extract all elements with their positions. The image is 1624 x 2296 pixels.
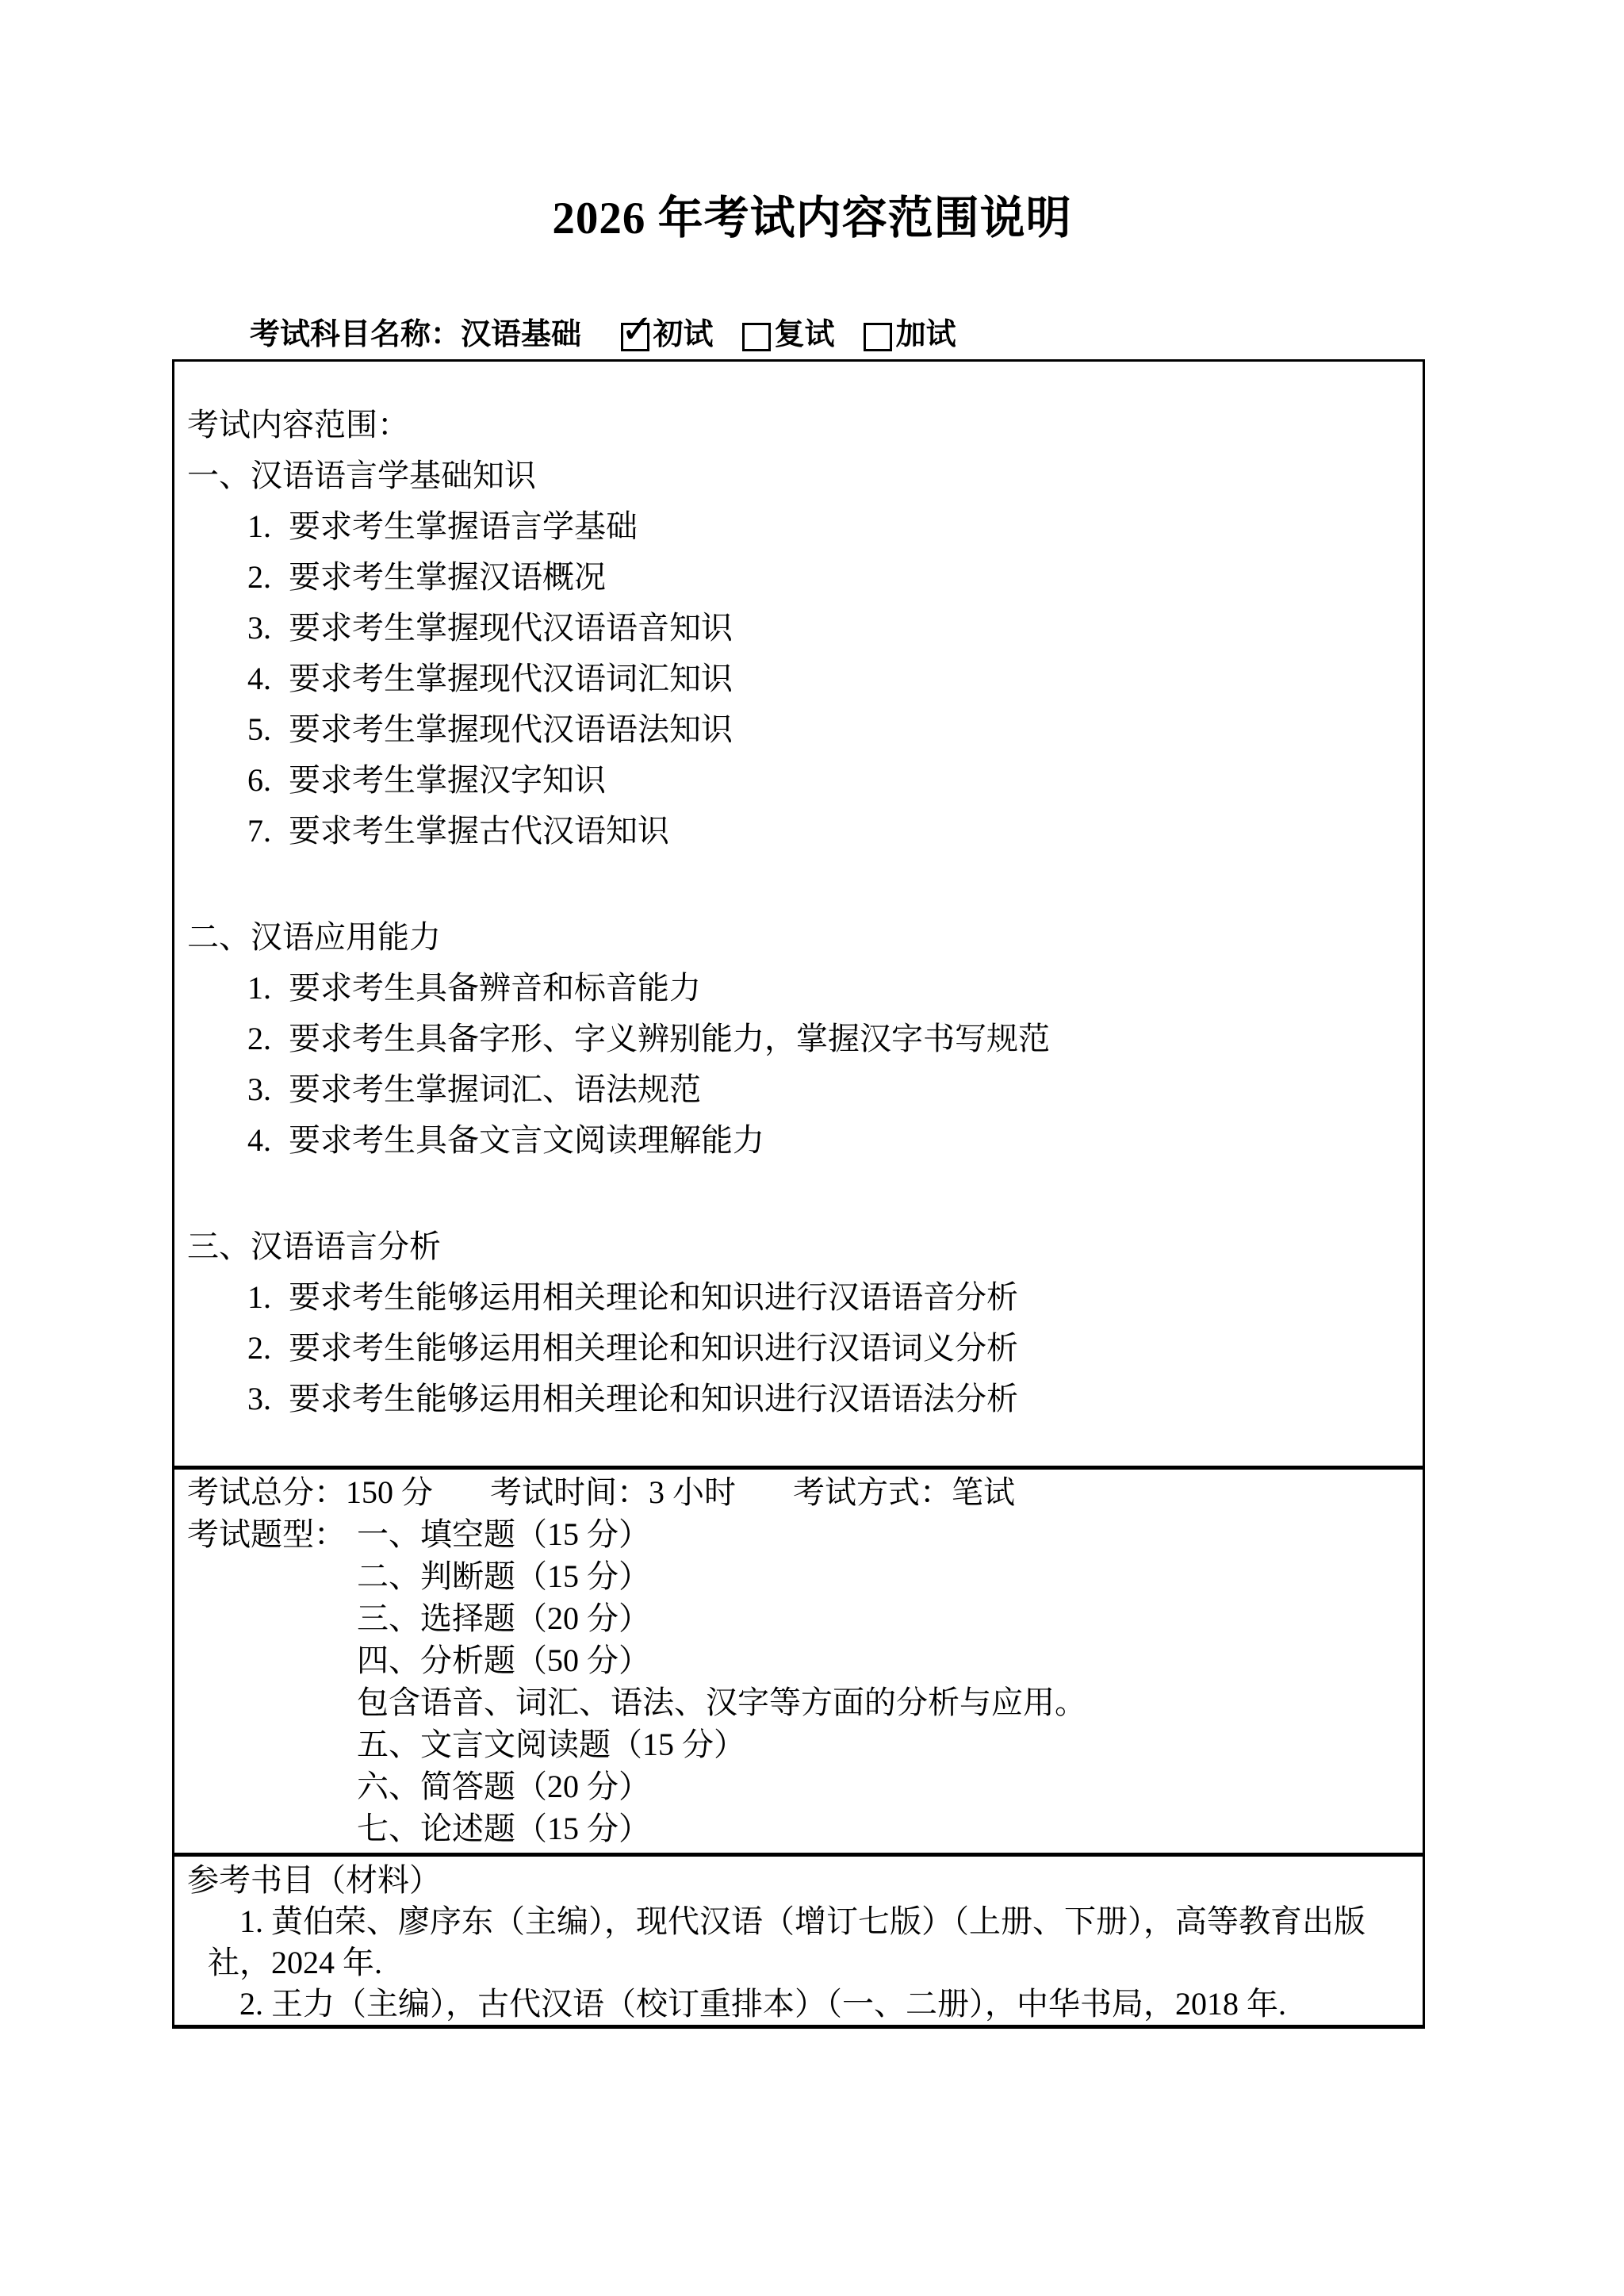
option-label: 初试 — [653, 316, 714, 354]
list-item: 3.要求考生能够运用相关理论和知识进行汉语语法分析 — [187, 1374, 1404, 1424]
list-item: 2.要求考生掌握汉语概况 — [187, 552, 1404, 603]
item-text: 要求考生具备文言文阅读理解能力 — [289, 1122, 764, 1158]
item-text: 要求考生能够运用相关理论和知识进行汉语语法分析 — [289, 1381, 1018, 1416]
list-item: 1.要求考生掌握语言学基础 — [187, 501, 1404, 552]
item-number: 4. — [247, 1115, 289, 1166]
question-type: 包含语音、词汇、语法、汉字等方面的分析与应用。 — [357, 1681, 1404, 1723]
subject-row: 考试科目名称：汉语基础 ✓ 初试 ✓ 复试 ✓ 加试 — [250, 316, 956, 354]
list-item: 4.要求考生具备文言文阅读理解能力 — [187, 1115, 1404, 1166]
item-text: 要求考生掌握汉语概况 — [289, 559, 606, 595]
list-item: 1.要求考生能够运用相关理论和知识进行汉语语音分析 — [187, 1272, 1404, 1323]
reference-item: 1. 黄伯荣、廖序东（主编），现代汉语（增订七版）（上册、下册），高等教育出版 … — [208, 1901, 1413, 1984]
question-type: 三、选择题（20 分） — [357, 1597, 1404, 1639]
exam-stage-option: ✓ 复试 — [742, 316, 835, 354]
checkbox-icon: ✓ — [621, 323, 649, 351]
scope-group: 一、汉语语言学基础知识 1.要求考生掌握语言学基础 2.要求考生掌握汉语概况 3… — [187, 450, 1404, 857]
summary-label: 考试方式： — [793, 1474, 952, 1510]
summary-value: 笔试 — [952, 1474, 1015, 1510]
list-item: 4.要求考生掌握现代汉语词汇知识 — [187, 654, 1404, 704]
summary-label: 考试时间： — [490, 1474, 649, 1510]
item-number: 2. — [247, 552, 289, 603]
list-item: 7.要求考生掌握古代汉语知识 — [187, 806, 1404, 857]
item-text: 要求考生掌握现代汉语语法知识 — [289, 711, 733, 747]
item-text: 要求考生能够运用相关理论和知识进行汉语词义分析 — [289, 1330, 1018, 1366]
exam-info-section: 考试总分：150 分 考试时间：3 小时 考试方式：笔试 考试题型： 一、填空题… — [174, 1466, 1423, 1853]
checkbox-icon: ✓ — [864, 323, 892, 351]
list-item: 2.要求考生能够运用相关理论和知识进行汉语词义分析 — [187, 1323, 1404, 1374]
group-title: 一、汉语语言学基础知识 — [187, 450, 1404, 501]
list-item: 3.要求考生掌握现代汉语语音知识 — [187, 603, 1404, 654]
content-box: 考试内容范围： 一、汉语语言学基础知识 1.要求考生掌握语言学基础 2.要求考生… — [172, 359, 1425, 2029]
list-item: 3.要求考生掌握词汇、语法规范 — [187, 1064, 1404, 1115]
exam-summary-row: 考试总分：150 分 考试时间：3 小时 考试方式：笔试 — [187, 1471, 1404, 1513]
item-number: 5. — [247, 704, 289, 755]
item-number: 3. — [247, 1064, 289, 1115]
reference-line: 1. 黄伯荣、廖序东（主编），现代汉语（增订七版）（上册、下册），高等教育出版 — [208, 1901, 1413, 1942]
scope-group: 三、汉语语言分析 1.要求考生能够运用相关理论和知识进行汉语语音分析 2.要求考… — [187, 1221, 1404, 1424]
option-label: 复试 — [775, 316, 835, 354]
list-item: 2.要求考生具备字形、字义辨别能力，掌握汉字书写规范 — [187, 1014, 1404, 1064]
item-text: 要求考生掌握汉字知识 — [289, 762, 606, 798]
summary-pair: 考试总分：150 分 — [187, 1471, 433, 1513]
reference-line: 2. 王力（主编），古代汉语（校订重排本）（一、二册），中华书局，2018 年. — [208, 1984, 1413, 2025]
item-number: 1. — [247, 963, 289, 1014]
group-items: 1.要求考生能够运用相关理论和知识进行汉语语音分析 2.要求考生能够运用相关理论… — [187, 1272, 1404, 1424]
item-number: 6. — [247, 755, 289, 806]
group-items: 1.要求考生掌握语言学基础 2.要求考生掌握汉语概况 3.要求考生掌握现代汉语语… — [187, 501, 1404, 857]
question-type: 六、简答题（20 分） — [357, 1765, 1404, 1807]
question-types-row: 考试题型： 一、填空题（15 分） 二、判断题（15 分） 三、选择题（20 分… — [187, 1513, 1404, 1849]
summary-pair: 考试方式：笔试 — [793, 1471, 1015, 1513]
question-type: 五、文言文阅读题（15 分） — [357, 1723, 1404, 1765]
summary-value: 150 分 — [346, 1474, 433, 1510]
subject-name: 汉语基础 — [461, 318, 581, 351]
checkbox-icon: ✓ — [742, 323, 771, 351]
question-type: 四、分析题（50 分） — [357, 1639, 1404, 1681]
question-type: 七、论述题（15 分） — [357, 1807, 1404, 1849]
item-number: 1. — [247, 501, 289, 552]
references-heading: 参考书目（材料） — [187, 1860, 1413, 1901]
scope-heading: 考试内容范围： — [187, 400, 1404, 450]
list-item: 6.要求考生掌握汉字知识 — [187, 755, 1404, 806]
group-items: 1.要求考生具备辨音和标音能力 2.要求考生具备字形、字义辨别能力，掌握汉字书写… — [187, 963, 1404, 1166]
question-types-list: 一、填空题（15 分） 二、判断题（15 分） 三、选择题（20 分） 四、分析… — [357, 1513, 1404, 1849]
question-type: 二、判断题（15 分） — [357, 1555, 1404, 1597]
exam-stage-options: ✓ 初试 ✓ 复试 ✓ 加试 — [621, 316, 956, 354]
group-title: 三、汉语语言分析 — [187, 1221, 1404, 1272]
item-text: 要求考生掌握语言学基础 — [289, 508, 638, 544]
question-types-label: 考试题型： — [187, 1513, 357, 1555]
references-list: 1. 黄伯荣、廖序东（主编），现代汉语（增订七版）（上册、下册），高等教育出版 … — [187, 1901, 1413, 2025]
summary-value: 3 小时 — [649, 1474, 736, 1510]
item-text: 要求考生具备字形、字义辨别能力，掌握汉字书写规范 — [289, 1021, 1050, 1056]
item-number: 1. — [247, 1272, 289, 1323]
reference-line: 社，2024 年. — [208, 1942, 1413, 1984]
item-number: 7. — [247, 806, 289, 857]
option-label: 加试 — [896, 316, 956, 354]
document-page: 2026 年考试内容范围说明 考试科目名称：汉语基础 ✓ 初试 ✓ 复试 ✓ 加… — [0, 0, 1624, 2296]
scope-section: 考试内容范围： 一、汉语语言学基础知识 1.要求考生掌握语言学基础 2.要求考生… — [174, 362, 1423, 1466]
item-number: 4. — [247, 654, 289, 704]
summary-pair: 考试时间：3 小时 — [490, 1471, 736, 1513]
item-text: 要求考生掌握现代汉语语音知识 — [289, 610, 733, 646]
item-text: 要求考生能够运用相关理论和知识进行汉语语音分析 — [289, 1279, 1018, 1315]
page-title: 2026 年考试内容范围说明 — [0, 190, 1624, 247]
item-number: 2. — [247, 1014, 289, 1064]
item-number: 3. — [247, 1374, 289, 1424]
item-text: 要求考生具备辨音和标音能力 — [289, 970, 701, 1006]
list-item: 5.要求考生掌握现代汉语语法知识 — [187, 704, 1404, 755]
item-text: 要求考生掌握词汇、语法规范 — [289, 1071, 701, 1107]
item-text: 要求考生掌握现代汉语词汇知识 — [289, 661, 733, 696]
subject-label: 考试科目名称： — [250, 318, 461, 351]
scope-group: 二、汉语应用能力 1.要求考生具备辨音和标音能力 2.要求考生具备字形、字义辨别… — [187, 912, 1404, 1166]
list-item: 1.要求考生具备辨音和标音能力 — [187, 963, 1404, 1014]
item-text: 要求考生掌握古代汉语知识 — [289, 813, 669, 849]
reference-item: 2. 王力（主编），古代汉语（校订重排本）（一、二册），中华书局，2018 年. — [208, 1984, 1413, 2025]
exam-stage-option: ✓ 加试 — [864, 316, 956, 354]
question-type: 一、填空题（15 分） — [357, 1513, 1404, 1555]
exam-stage-option: ✓ 初试 — [621, 316, 714, 354]
scope-groups: 一、汉语语言学基础知识 1.要求考生掌握语言学基础 2.要求考生掌握汉语概况 3… — [187, 450, 1404, 1424]
item-number: 2. — [247, 1323, 289, 1374]
item-number: 3. — [247, 603, 289, 654]
group-title: 二、汉语应用能力 — [187, 912, 1404, 963]
checkmark-icon: ✓ — [621, 309, 654, 349]
summary-label: 考试总分： — [187, 1474, 346, 1510]
references-section: 参考书目（材料） 1. 黄伯荣、廖序东（主编），现代汉语（增订七版）（上册、下册… — [174, 1853, 1423, 2068]
